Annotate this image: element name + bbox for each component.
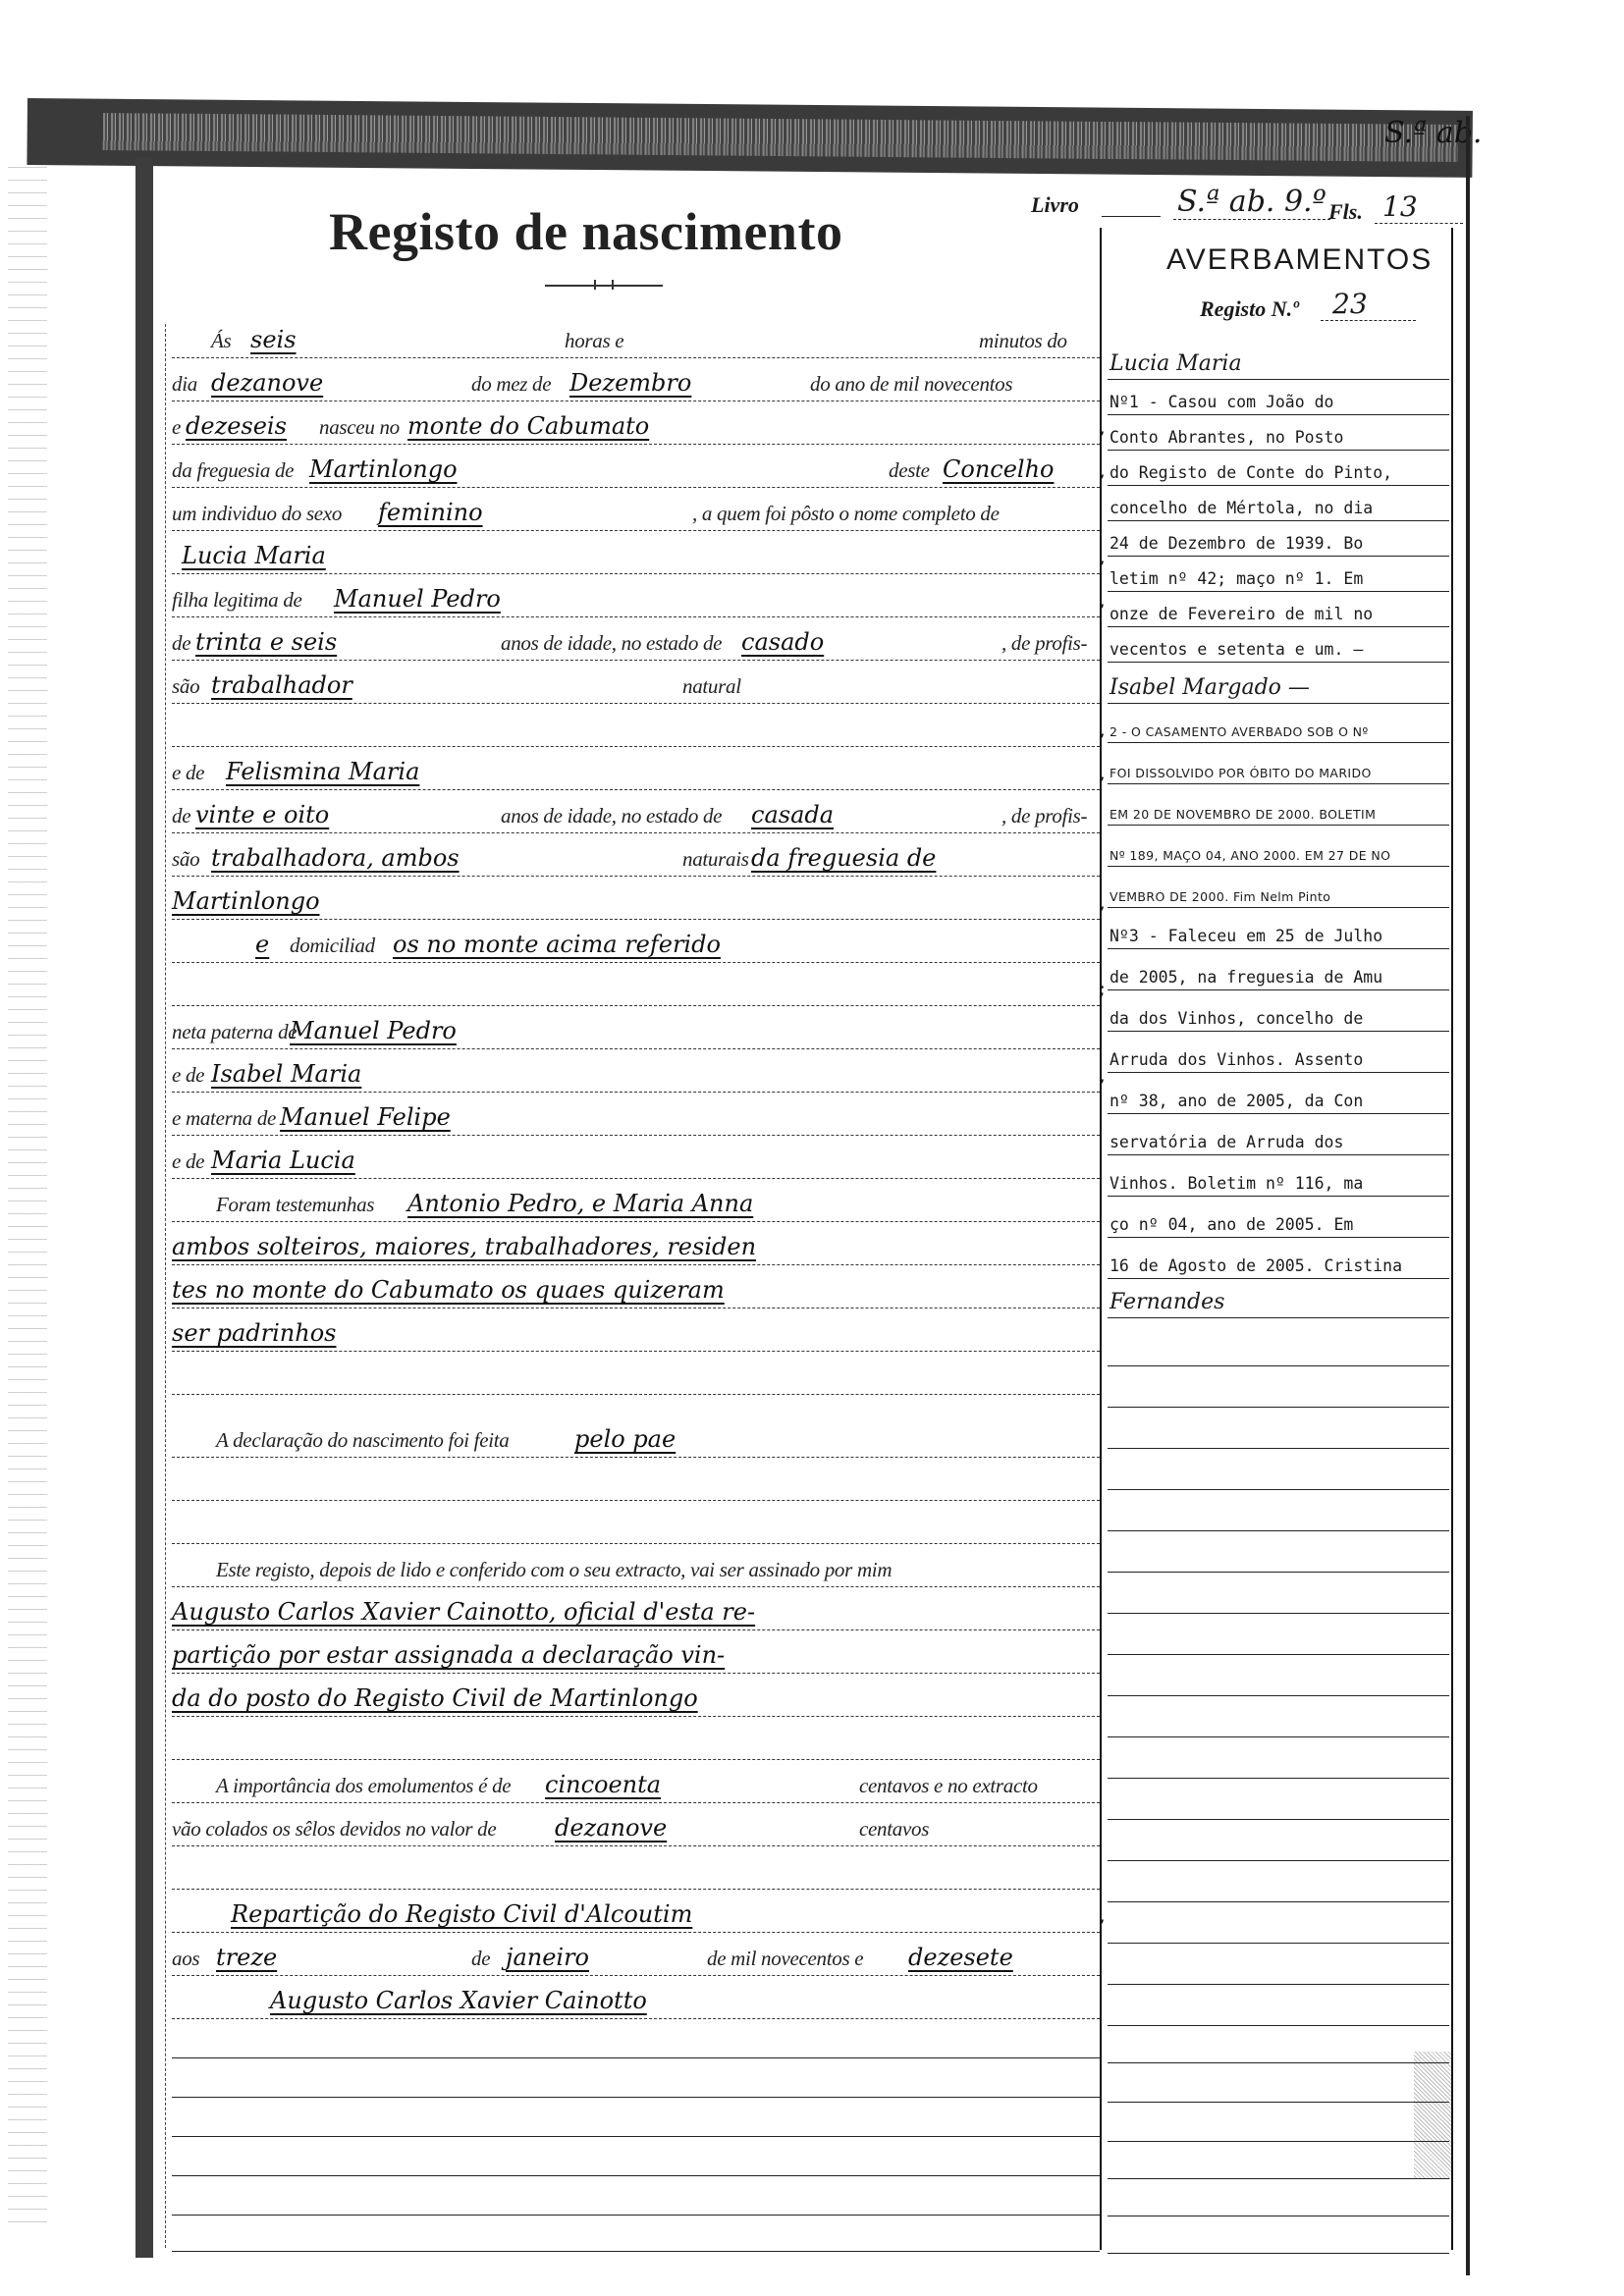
form-line-avo-paterno: neta paterna de Manuel Pedro bbox=[172, 1005, 1100, 1049]
field-label: de bbox=[172, 804, 190, 828]
averbamento-text: Nº 189, MAÇO 04, ANO 2000. EM 27 DE NO bbox=[1110, 848, 1390, 863]
form-line-blank bbox=[172, 2135, 1100, 2137]
form-line-sexo: um individuo do sexo feminino , a quem f… bbox=[172, 487, 1100, 531]
form-line-domicilio: e domiciliad os no monte acima referido bbox=[172, 919, 1100, 963]
averbamento-text: Conto Abrantes, no Posto bbox=[1110, 428, 1343, 447]
field-value: e bbox=[255, 931, 269, 958]
form-line-assinatura: Augusto Carlos Xavier Cainotto, oficial … bbox=[172, 1586, 1100, 1630]
field-value: Manuel Felipe bbox=[280, 1103, 451, 1131]
field-label: Ás bbox=[211, 329, 231, 353]
averbamento-text: onze de Fevereiro de mil no bbox=[1110, 605, 1373, 623]
averbamento-blank-line bbox=[1108, 1818, 1449, 1820]
averbamento-text: vecentos e setenta e um. — bbox=[1110, 640, 1363, 659]
averbamento-text: VEMBRO DE 2000. Fim Nelm Pinto bbox=[1110, 889, 1330, 904]
averbamento-line: de 2005, na freguesia de Amu bbox=[1108, 954, 1449, 990]
averbamento-line: nº 38, ano de 2005, da Con bbox=[1108, 1078, 1449, 1114]
field-value: casado bbox=[741, 628, 824, 656]
averbamento-blank-line bbox=[1108, 2024, 1449, 2026]
form-line-testemunhas: tes no monte do Cabumato os quaes quizer… bbox=[172, 1264, 1100, 1308]
field-label: A importância dos emolumentos é de bbox=[216, 1774, 511, 1798]
averbamento-blank-line bbox=[1108, 2061, 1449, 2063]
fls-value: 13 bbox=[1375, 190, 1463, 224]
field-label: e de bbox=[172, 761, 204, 785]
field-value: os no monte acima referido bbox=[393, 931, 721, 958]
averbamento-text: Isabel Margado — bbox=[1110, 675, 1310, 700]
form-line-blank bbox=[172, 1716, 1100, 1760]
form-line-pai-profissao: são trabalhador natural bbox=[172, 660, 1100, 704]
field-label: de bbox=[172, 631, 190, 656]
averbamento-line: FOI DISSOLVIDO POR ÓBITO DO MARIDO bbox=[1108, 748, 1449, 784]
form-line-ano: e dezeseis nasceu no monte do Cabumato , bbox=[172, 400, 1100, 445]
averbamento-blank-line bbox=[1108, 2215, 1449, 2216]
form-line-nome: Lucia Maria , bbox=[172, 530, 1100, 574]
form-line-mae-profissao: são trabalhadora, ambos naturais da freg… bbox=[172, 832, 1100, 877]
form-line-assinatura-final: Augusto Carlos Xavier Cainotto bbox=[172, 1975, 1100, 2019]
field-value: janeiro bbox=[506, 1944, 589, 1971]
field-label: de bbox=[471, 1947, 490, 1971]
averbamento-blank-line bbox=[1108, 2140, 1449, 2142]
form-line-freguesia: da freguesia de Martinlongo deste Concel… bbox=[172, 444, 1100, 488]
field-label: domiciliad bbox=[290, 934, 375, 958]
averbamento-line: concelho de Mértola, no dia bbox=[1108, 485, 1449, 521]
field-value: da do posto do Registo Civil de Martinlo… bbox=[172, 1684, 698, 1712]
form-line-naturais: Martinlongo , bbox=[172, 876, 1100, 920]
field-label: A declaração do nascimento foi feita bbox=[216, 1428, 510, 1453]
field-value: feminino bbox=[378, 499, 483, 526]
form-line-selos: vão colados os sêlos devidos no valor de… bbox=[172, 1802, 1100, 1846]
field-label: , de profis- bbox=[1001, 631, 1087, 656]
scan-noise bbox=[8, 167, 47, 2228]
scan-right-edge bbox=[1466, 116, 1470, 2275]
averbamento-text: Lucia Maria bbox=[1110, 351, 1242, 376]
field-label: natural bbox=[682, 674, 741, 699]
scan-left-binding bbox=[135, 157, 153, 2258]
field-value: vinte e oito bbox=[195, 801, 329, 828]
averbamento-line: Conto Abrantes, no Posto bbox=[1108, 414, 1449, 451]
averbamento-line: Nº3 - Faleceu em 25 de Julho bbox=[1108, 913, 1449, 949]
averbamento-blank-line bbox=[1108, 1735, 1449, 1737]
form-line-assinatura: Este registo, depois de lido e conferido… bbox=[172, 1543, 1100, 1587]
averbamento-blank-line bbox=[1108, 1612, 1449, 1614]
averbamento-line: ço nº 04, ano de 2005. Em bbox=[1108, 1201, 1449, 1238]
averbamento-blank-line bbox=[1108, 1529, 1449, 1531]
form-line-blank bbox=[172, 2250, 1100, 2252]
form-line-blank bbox=[172, 1845, 1100, 1890]
field-label: centavos e no extracto bbox=[859, 1774, 1038, 1798]
field-value: tes no monte do Cabumato os quaes quizer… bbox=[172, 1276, 725, 1304]
field-label: centavos bbox=[859, 1817, 929, 1842]
form-line-avo-paterna: e de Isabel Maria , bbox=[172, 1048, 1100, 1093]
field-label: da freguesia de bbox=[172, 458, 294, 483]
averbamento-text: do Registo de Conte do Pinto, bbox=[1110, 463, 1392, 482]
field-value: treze bbox=[216, 1944, 277, 1971]
divider bbox=[1102, 216, 1161, 217]
averbamento-line: onze de Fevereiro de mil no bbox=[1108, 591, 1449, 627]
averbamento-blank-line bbox=[1108, 2101, 1449, 2103]
field-label: do mez de bbox=[471, 372, 551, 397]
form-line-dia: dia dezanove do mez de Dezembro do ano d… bbox=[172, 357, 1100, 401]
field-label: , de profis- bbox=[1001, 804, 1087, 828]
form-line-blank: ; bbox=[172, 962, 1100, 1006]
averbamento-text: servatória de Arruda dos bbox=[1110, 1133, 1343, 1151]
averbamento-blank-line bbox=[1108, 1488, 1449, 1490]
form-line-blank bbox=[172, 2056, 1100, 2058]
averbamento-signature: Isabel Margado — bbox=[1108, 667, 1449, 704]
averbamento-line: Nº 189, MAÇO 04, ANO 2000. EM 27 DE NO bbox=[1108, 830, 1449, 867]
averbamento-signature: Fernandes bbox=[1108, 1282, 1449, 1318]
fls-label: Fls. bbox=[1328, 199, 1363, 225]
averbamento-text: 24 de Dezembro de 1939. Bo bbox=[1110, 534, 1363, 553]
column-divider bbox=[1451, 228, 1453, 2250]
field-value: seis bbox=[250, 326, 297, 353]
field-label: Foram testemunhas bbox=[216, 1193, 374, 1217]
form-line-blank bbox=[172, 1351, 1100, 1395]
averbamento-line: 16 de Agosto de 2005. Cristina bbox=[1108, 1243, 1449, 1279]
form-line-testemunhas: ambos solteiros, maiores, trabalhadores,… bbox=[172, 1221, 1100, 1265]
averbamento-blank-line bbox=[1108, 2177, 1449, 2179]
field-label: minutos do bbox=[979, 329, 1067, 353]
form-line-mae: e de Felismina Maria , bbox=[172, 746, 1100, 790]
field-value: Concelho bbox=[943, 455, 1055, 483]
field-value: dezanove bbox=[211, 369, 323, 397]
averbamento-line: da dos Vinhos, concelho de bbox=[1108, 995, 1449, 1032]
form-line-blank: , bbox=[172, 703, 1100, 747]
field-value: Maria Lucia bbox=[211, 1147, 355, 1174]
form-line-blank bbox=[172, 2214, 1100, 2216]
averbamento-blank-line bbox=[1108, 1777, 1449, 1779]
livro-value: S.ª ab. 9.º bbox=[1173, 185, 1330, 220]
field-value: da freguesia de bbox=[751, 844, 936, 872]
averbamento-text: concelho de Mértola, no dia bbox=[1110, 499, 1373, 517]
form-line-assinatura: da do posto do Registo Civil de Martinlo… bbox=[172, 1673, 1100, 1717]
form-line-avo-materna: e de Maria Lucia bbox=[172, 1135, 1100, 1179]
field-label: naturais bbox=[682, 847, 749, 872]
field-value: Antonio Pedro, e Maria Anna bbox=[407, 1190, 753, 1217]
field-label: um individuo do sexo bbox=[172, 502, 342, 526]
field-value: Manuel Pedro bbox=[290, 1017, 457, 1044]
averbamento-text: 2 - O CASAMENTO AVERBADO SOB O Nº bbox=[1110, 724, 1369, 739]
field-label: do ano de mil novecentos bbox=[810, 372, 1012, 397]
field-value: Repartição do Registo Civil d'Alcoutim bbox=[231, 1900, 692, 1928]
field-value: partição por estar assignada a declaraçã… bbox=[172, 1641, 725, 1669]
field-label: Este registo, depois de lido e conferido… bbox=[216, 1558, 892, 1582]
averbamento-line: letim nº 42; maço nº 1. Em bbox=[1108, 556, 1449, 592]
averbamento-line: Lucia Maria bbox=[1108, 344, 1449, 380]
field-value: trabalhador bbox=[211, 671, 352, 699]
averbamento-text: nº 38, ano de 2005, da Con bbox=[1110, 1092, 1363, 1110]
column-divider bbox=[1100, 228, 1102, 2250]
field-label: nasceu no bbox=[319, 415, 400, 440]
field-value: casada bbox=[751, 801, 834, 828]
registo-number-label: Registo N.º bbox=[1200, 296, 1299, 322]
livro-label: Livro bbox=[1031, 192, 1079, 218]
field-label: são bbox=[172, 674, 199, 699]
signature: Augusto Carlos Xavier Cainotto bbox=[270, 1987, 647, 2014]
form-line-testemunhas: ser padrinhos bbox=[172, 1308, 1100, 1352]
averbamento-line: Nº1 - Casou com João do bbox=[1108, 379, 1449, 415]
title-ornament bbox=[545, 285, 663, 287]
registo-number-value: 23 bbox=[1321, 288, 1416, 321]
field-label: são bbox=[172, 847, 199, 872]
field-label: horas e bbox=[565, 329, 623, 353]
averbamento-line: 2 - O CASAMENTO AVERBADO SOB O Nº bbox=[1108, 707, 1449, 743]
field-label: e bbox=[172, 415, 181, 440]
averbamento-blank-line bbox=[1108, 1447, 1449, 1449]
averbamento-line: do Registo de Conte do Pinto, bbox=[1108, 450, 1449, 486]
field-label: anos de idade, no estado de bbox=[501, 631, 722, 656]
averbamento-blank-line bbox=[1108, 1859, 1449, 1861]
form-line-reparticao: Repartição do Registo Civil d'Alcoutim , bbox=[172, 1889, 1100, 1933]
field-value: trinta e seis bbox=[195, 628, 337, 656]
margin-line bbox=[165, 324, 167, 2248]
form-line-avo-materno: e materna de Manuel Felipe bbox=[172, 1092, 1100, 1136]
averbamento-blank-line bbox=[1108, 1364, 1449, 1366]
form-line-emolumentos: A importância dos emolumentos é de cinco… bbox=[172, 1759, 1100, 1803]
scan-noise bbox=[1414, 2052, 1453, 2179]
field-label: , a quem foi pôsto o nome completo de bbox=[692, 502, 1000, 526]
averbamento-blank-line bbox=[1108, 1942, 1449, 1944]
form-line-horas: Ás seis horas e minutos do bbox=[172, 314, 1100, 358]
field-label: de mil novecentos e bbox=[707, 1947, 863, 1971]
averbamento-line: servatória de Arruda dos bbox=[1108, 1119, 1449, 1155]
averbamento-text: de 2005, na freguesia de Amu bbox=[1110, 968, 1382, 987]
field-value: Isabel Maria bbox=[211, 1060, 361, 1088]
form-line-pai-idade: de trinta e seis anos de idade, no estad… bbox=[172, 616, 1100, 661]
form-line-data: aos treze de janeiro de mil novecentos e… bbox=[172, 1932, 1100, 1976]
field-value: Martinlongo bbox=[172, 887, 320, 915]
averbamento-text: Nº3 - Faleceu em 25 de Julho bbox=[1110, 927, 1382, 945]
document-title: Registo de nascimento bbox=[329, 201, 842, 262]
averbamento-blank-line bbox=[1108, 1694, 1449, 1696]
averbamento-blank-line bbox=[1108, 1653, 1449, 1655]
field-value: monte do Cabumato bbox=[407, 412, 649, 440]
form-line-assinatura: partição por estar assignada a declaraçã… bbox=[172, 1629, 1100, 1674]
field-value: ser padrinhos bbox=[172, 1319, 336, 1347]
field-value: ambos solteiros, maiores, trabalhadores,… bbox=[172, 1233, 756, 1260]
averbamento-text: Arruda dos Vinhos. Assento bbox=[1110, 1050, 1363, 1069]
field-label: e de bbox=[172, 1063, 204, 1088]
field-value: cincoenta bbox=[545, 1771, 661, 1798]
form-line-blank bbox=[172, 2174, 1100, 2176]
form-line-testemunhas: Foram testemunhas Antonio Pedro, e Maria… bbox=[172, 1178, 1100, 1222]
field-label: anos de idade, no estado de bbox=[501, 804, 722, 828]
averbamento-text: letim nº 42; maço nº 1. Em bbox=[1110, 569, 1363, 588]
father-name: Manuel Pedro bbox=[334, 585, 501, 613]
averbamento-text: EM 20 DE NOVEMBRO DE 2000. BOLETIM bbox=[1110, 807, 1376, 822]
averbamento-text: FOI DISSOLVIDO POR ÓBITO DO MARIDO bbox=[1110, 766, 1372, 780]
averbamento-text: ço nº 04, ano de 2005. Em bbox=[1110, 1215, 1353, 1234]
form-line-blank bbox=[172, 1500, 1100, 1544]
averbamento-blank-line bbox=[1108, 2252, 1449, 2254]
field-label: aos bbox=[172, 1947, 199, 1971]
averbamento-line: VEMBRO DE 2000. Fim Nelm Pinto bbox=[1108, 872, 1449, 908]
form-line-blank bbox=[172, 1457, 1100, 1501]
field-label: e materna de bbox=[172, 1106, 276, 1131]
averbamento-blank-line bbox=[1108, 1983, 1449, 1985]
field-value: Augusto Carlos Xavier Cainotto, oficial … bbox=[172, 1598, 755, 1626]
field-value: trabalhadora, ambos bbox=[211, 844, 460, 872]
averbamento-text: Vinhos. Boletim nº 116, ma bbox=[1110, 1174, 1363, 1193]
averbamento-line: 24 de Dezembro de 1939. Bo bbox=[1108, 520, 1449, 557]
field-value: dezanove bbox=[555, 1814, 667, 1842]
field-value: Dezembro bbox=[569, 369, 691, 397]
form-line-mae-idade: de vinte e oito anos de idade, no estado… bbox=[172, 789, 1100, 833]
field-label: vão colados os sêlos devidos no valor de bbox=[172, 1817, 496, 1842]
mother-name: Felismina Maria bbox=[226, 758, 419, 785]
form-line-pai: filha legitima de Manuel Pedro , bbox=[172, 573, 1100, 617]
averbamento-text: da dos Vinhos, concelho de bbox=[1110, 1009, 1363, 1028]
form-line-declaracao: A declaração do nascimento foi feita pel… bbox=[172, 1414, 1100, 1458]
field-label: deste bbox=[889, 458, 930, 483]
form-line-blank bbox=[172, 2096, 1100, 2098]
averbamento-text: 16 de Agosto de 2005. Cristina bbox=[1110, 1256, 1402, 1275]
field-value: Martinlongo bbox=[309, 455, 458, 483]
averbamento-line: EM 20 DE NOVEMBRO DE 2000. BOLETIM bbox=[1108, 789, 1449, 826]
field-label: neta paterna de bbox=[172, 1020, 297, 1044]
field-label: e de bbox=[172, 1149, 204, 1174]
averbamento-line: vecentos e setenta e um. — bbox=[1108, 626, 1449, 663]
averbamentos-title: AVERBAMENTOS bbox=[1166, 243, 1433, 277]
averbamento-line: Arruda dos Vinhos. Assento bbox=[1108, 1037, 1449, 1073]
averbamento-blank-line bbox=[1108, 1406, 1449, 1408]
averbamento-blank-line bbox=[1108, 1571, 1449, 1573]
averbamento-text: Fernandes bbox=[1110, 1290, 1224, 1314]
field-value: dezesete bbox=[908, 1944, 1013, 1971]
field-label: dia bbox=[172, 372, 197, 397]
field-value: dezeseis bbox=[186, 412, 287, 440]
averbamento-blank-line bbox=[1108, 1900, 1449, 1902]
averbamento-line: Vinhos. Boletim nº 116, ma bbox=[1108, 1160, 1449, 1197]
field-label: filha legitima de bbox=[172, 588, 302, 613]
field-value: pelo pae bbox=[574, 1425, 676, 1453]
child-name: Lucia Maria bbox=[182, 542, 326, 569]
averbamento-text: Nº1 - Casou com João do bbox=[1110, 393, 1333, 411]
